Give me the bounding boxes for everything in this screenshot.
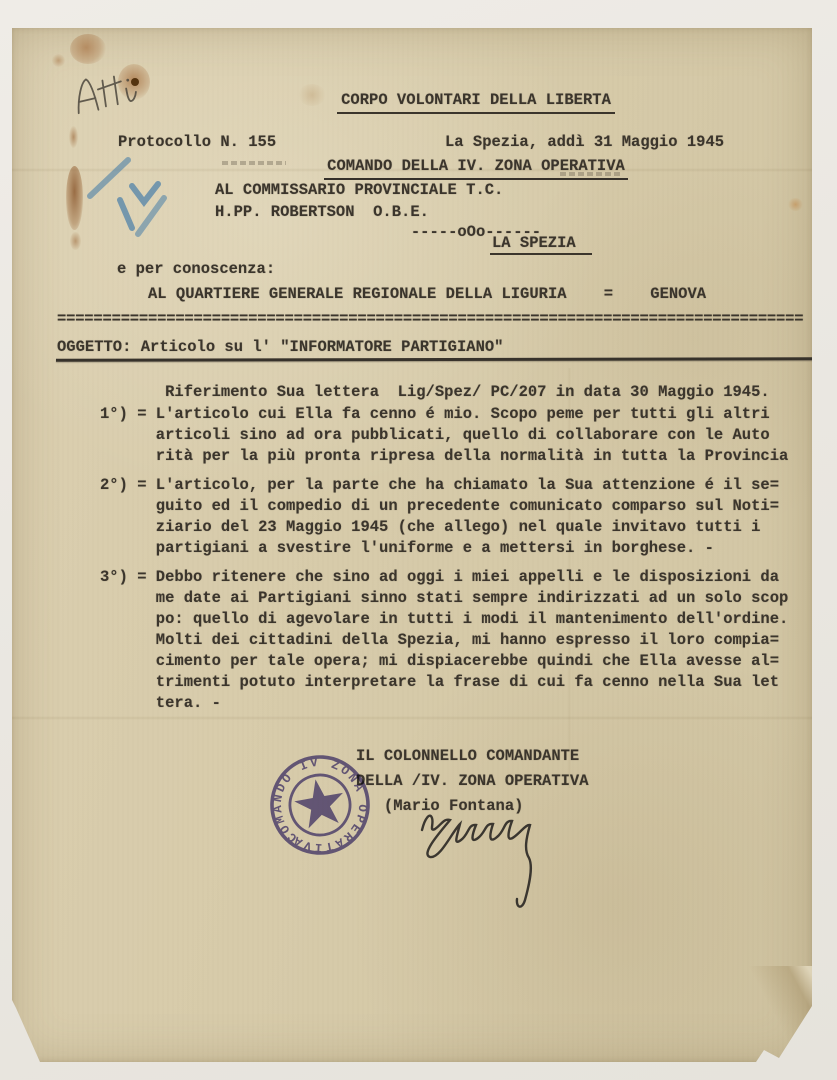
equals-separator: ========================================… <box>57 309 815 330</box>
cc-intro: e per conoscenza: <box>117 259 275 280</box>
protocol-number: Protocollo N. 155 <box>118 132 276 153</box>
body-point-2: 2°) = L'articolo, per la parte che ha ch… <box>100 475 779 559</box>
subject-line: OGGETTO: Articolo su l' "INFORMATORE PAR… <box>57 337 503 358</box>
atti-handwritten-annotation <box>68 66 146 124</box>
rust-stain <box>70 34 106 64</box>
letterhead: CORPO VOLONTARI DELLA LIBERTA COMANDO DE… <box>308 48 644 285</box>
subject-underline <box>56 357 818 362</box>
dateline: La Spezia, addì 31 Maggio 1945 <box>445 132 724 153</box>
paper-crease <box>12 716 812 720</box>
recipient-city: LA SPEZIA <box>490 233 592 254</box>
faded-mark <box>222 161 286 165</box>
cc-line: AL QUARTIERE GENERALE REGIONALE DELLA LI… <box>148 284 706 305</box>
recipient-block: AL COMMISSARIO PROVINCIALE T.C.H.PP. ROB… <box>215 179 503 223</box>
body-point-1: 1°) = L'articolo cui Ella fa cenno é mio… <box>100 404 788 467</box>
body-reference: Riferimento Sua lettera Lig/Spez/ PC/207… <box>100 382 770 403</box>
letter-page: CORPO VOLONTARI DELLA LIBERTA COMANDO DE… <box>12 28 812 1062</box>
letterhead-divider: -----oOo------ <box>308 222 644 243</box>
command-stamp: COMANDO IV ZONA OPERATIVA <box>256 741 384 869</box>
rust-stain <box>52 54 65 67</box>
letterhead-command: COMANDO DELLA IV. ZONA OPERATIVA <box>324 156 628 180</box>
iv-blue-crayon-mark <box>76 138 196 248</box>
rust-stain <box>788 198 803 211</box>
body-point-3: 3°) = Debbo ritenere che sino ad oggi i … <box>100 567 788 714</box>
faded-mark <box>560 172 622 176</box>
signature-handwriting <box>408 796 658 921</box>
recipient-line1: AL COMMISSARIO PROVINCIALE T.C. <box>215 181 503 199</box>
recipient-line2: H.PP. ROBERTSON O.B.E. <box>215 203 429 221</box>
letterhead-org: CORPO VOLONTARI DELLA LIBERTA <box>337 90 615 114</box>
